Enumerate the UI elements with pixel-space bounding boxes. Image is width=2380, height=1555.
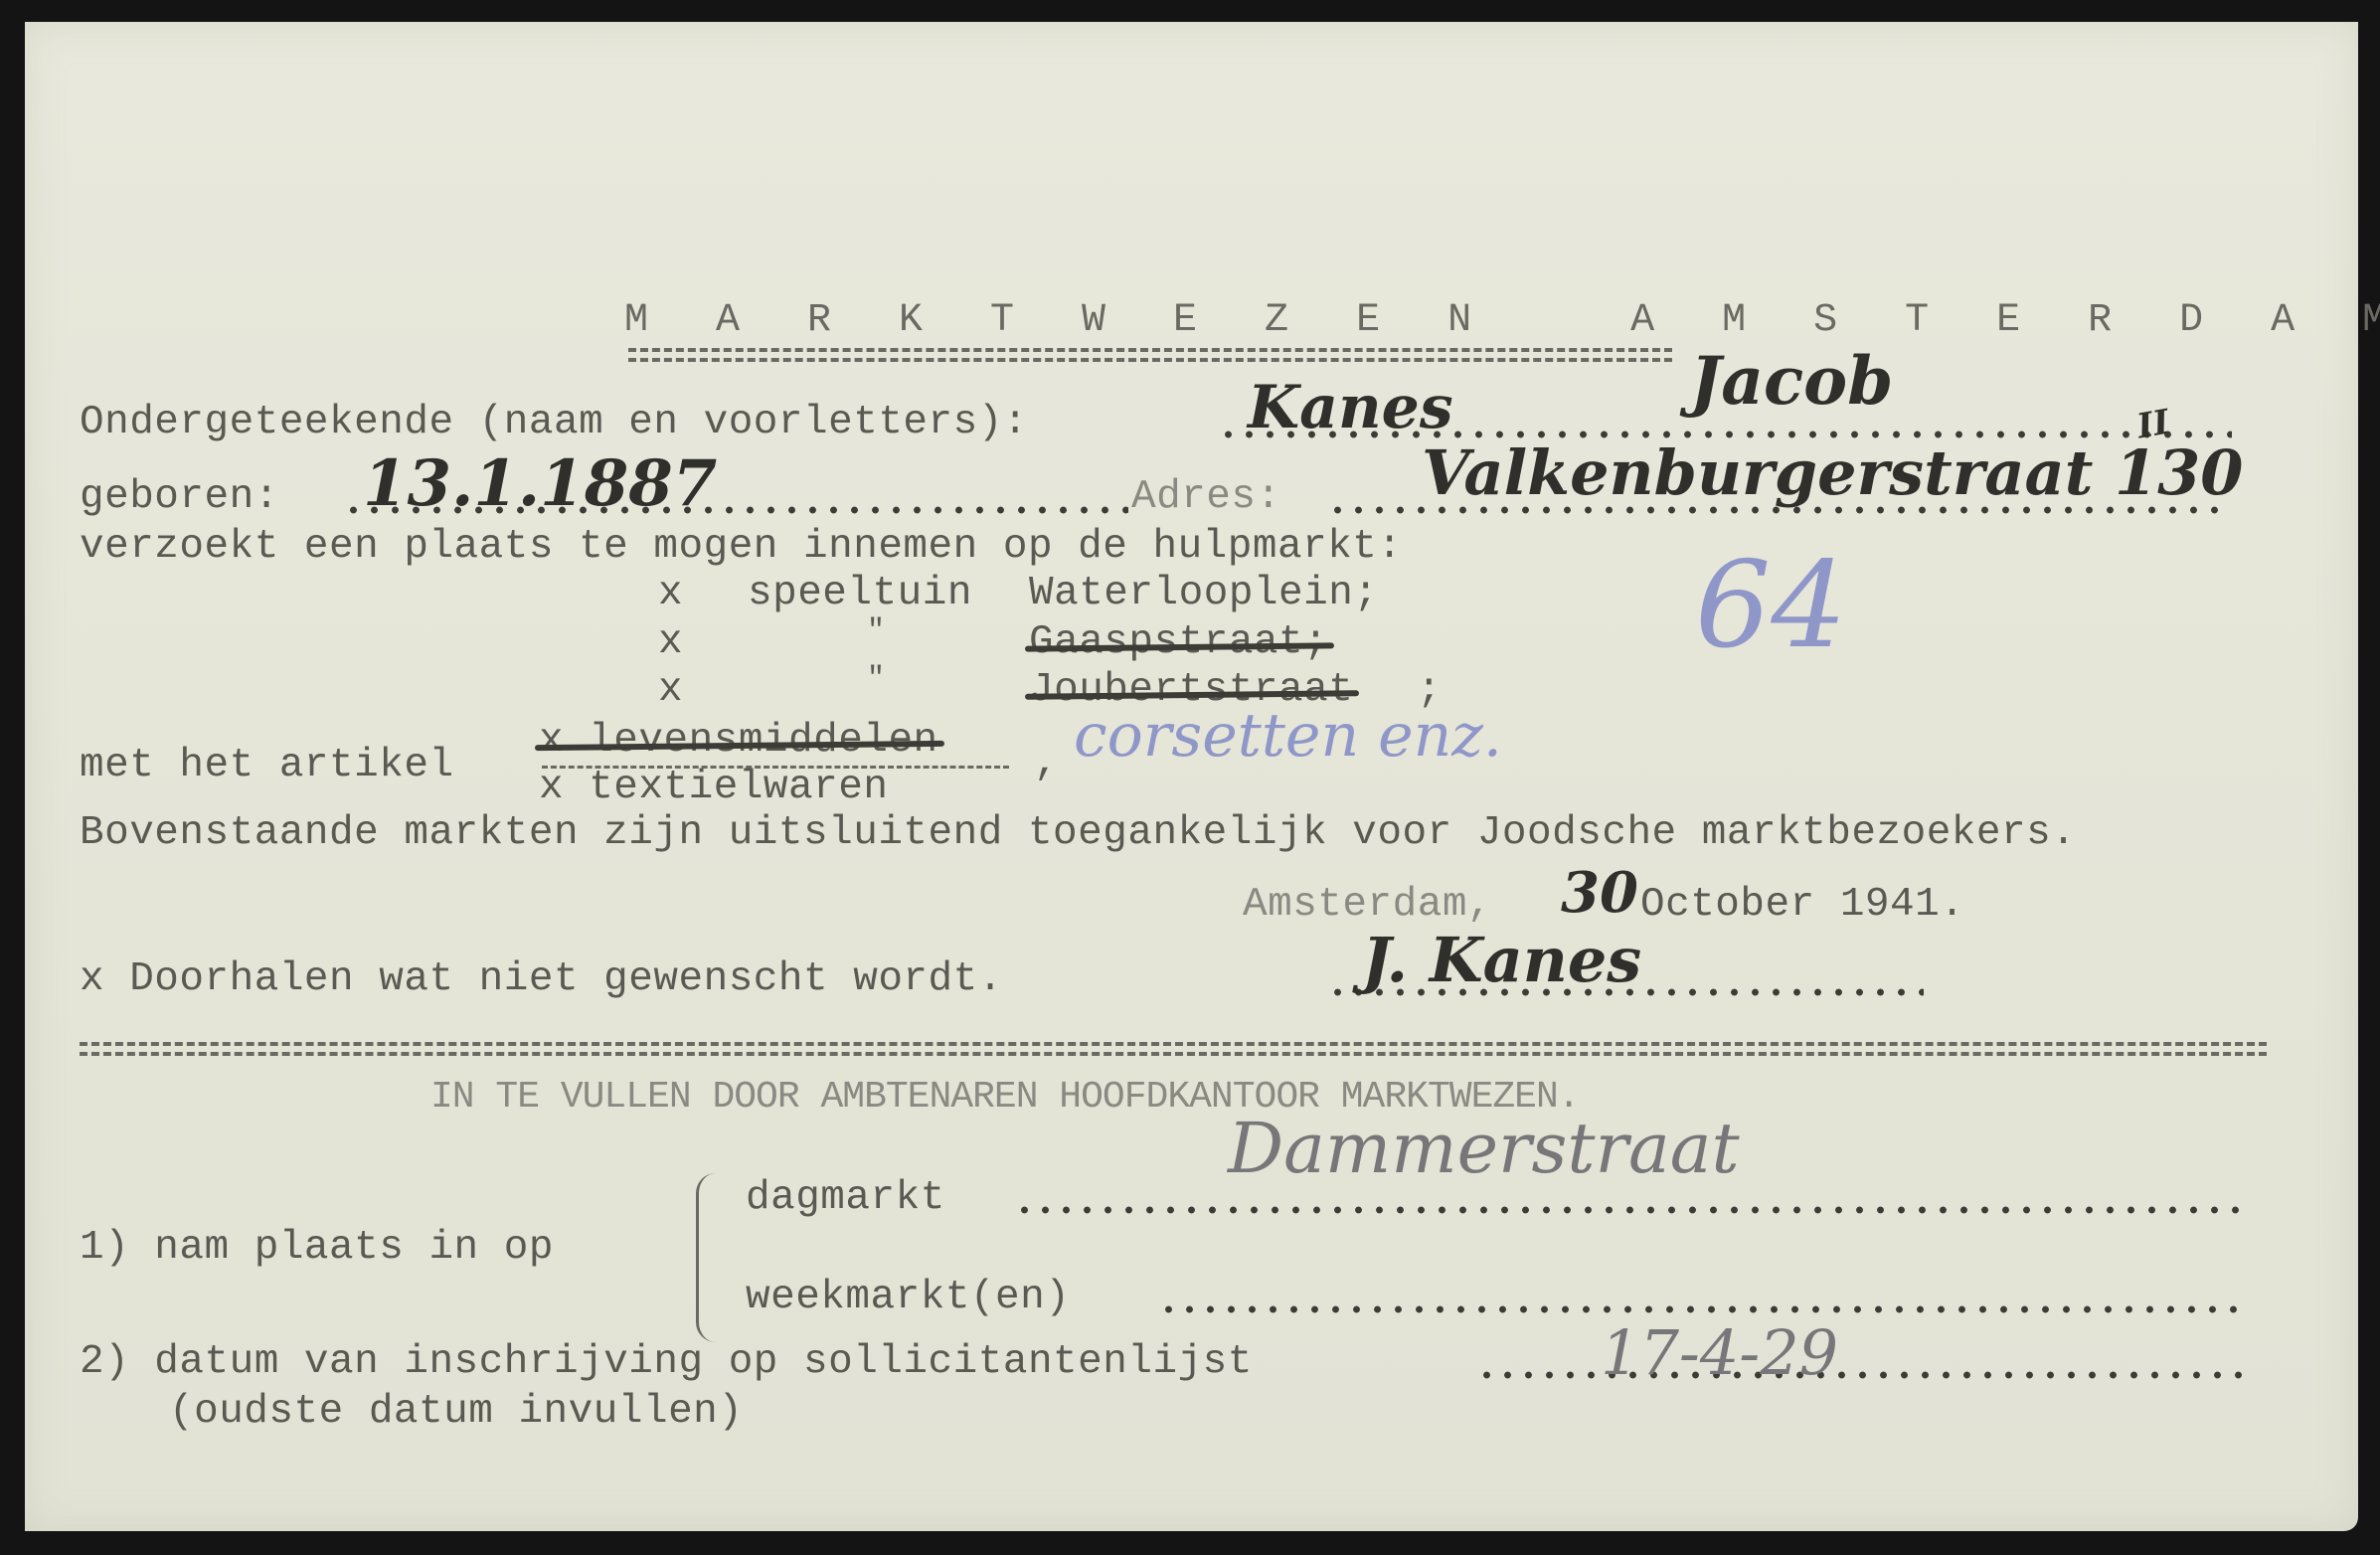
born-label: geboren: [80, 477, 279, 518]
market-2-marker: x [658, 622, 683, 663]
footnote: x Doorhalen wat niet gewenscht wordt. [80, 959, 1003, 1000]
market-2-ditto: " [867, 616, 886, 646]
born-value-handwritten: 13.1.1887 [363, 452, 717, 516]
article-handwritten: corsetten enz. [1074, 706, 1502, 766]
weekmarket-label: weekmarkt(en) [746, 1278, 1070, 1318]
item2-sub-label: (oudste datum invullen) [169, 1392, 743, 1433]
market-2-strike: Gaaspstraat; [1029, 622, 1328, 663]
market-3-ditto: " [867, 664, 886, 694]
item2-dotted-line [1476, 1370, 2242, 1380]
name-label: Ondergeteekende (naam en voorletters): [80, 403, 1028, 443]
address-value-handwritten: Valkenburgerstraat 130 [1422, 442, 2243, 504]
daymarket-dotted-line [1014, 1205, 2242, 1215]
form-title: M A R K T W E Z E N A M S T E R D A M. [624, 301, 2380, 341]
article-punct: , [1034, 744, 1059, 784]
title-double-underline [628, 348, 1672, 362]
market-3-marker: x [658, 670, 683, 711]
brace-left [696, 1173, 719, 1342]
date-month-year: October 1941. [1640, 885, 1964, 926]
item2-value-handwritten: 17-4-29 [1601, 1322, 1838, 1384]
article-option-food-struck: x levensmiddelen [539, 721, 938, 762]
place-label: Amsterdam, [1243, 885, 1492, 926]
address-label: Adres: [1131, 477, 1281, 518]
article-option-food: x levensmiddelen [539, 721, 938, 762]
section-separator [80, 1042, 2267, 1056]
signature-handwritten: J. Kanes [1362, 930, 1641, 991]
daymarket-label: dagmarkt [746, 1178, 945, 1219]
market-1-prefix: speeltuin [748, 574, 972, 614]
annotation-number: 64 [1695, 547, 1847, 666]
article-option-textile: x textielwaren [539, 768, 888, 808]
weekmarket-dotted-line [1158, 1304, 2242, 1314]
market-1-name: Waterlooplein; [1029, 574, 1378, 614]
item1-label: 1) nam plaats in op [80, 1228, 554, 1269]
notice-line: Bovenstaande markten zijn uitsluitend to… [80, 813, 2076, 854]
article-label: met het artikel [80, 746, 454, 786]
date-day-handwritten: 30 [1561, 865, 1638, 921]
market-1-marker: x [658, 574, 683, 614]
item2-label: 2) datum van inschrijving op sollicitant… [80, 1342, 1253, 1383]
name-given-handwritten: Jacob [1690, 348, 1893, 414]
market-2-name-struck: Gaaspstraat; [1029, 622, 1328, 663]
name-surname-handwritten: Kanes [1248, 378, 1453, 437]
daymarket-handwritten: Dammerstraat [1228, 1114, 1740, 1183]
request-line: verzoekt een plaats te mogen innemen op … [80, 527, 1403, 568]
